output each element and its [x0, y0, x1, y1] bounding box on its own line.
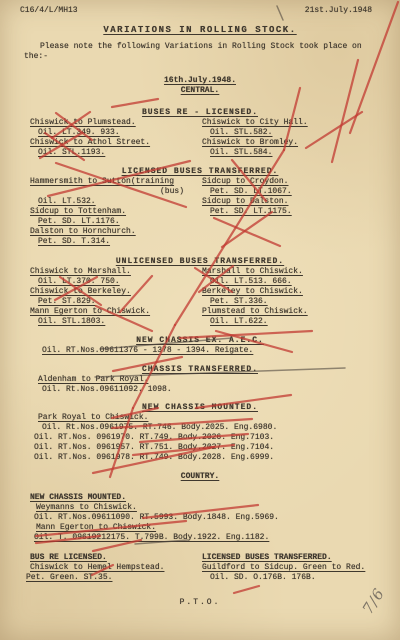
fleet-entry: Pet. ST.829.	[30, 297, 202, 307]
document-page: C16/4/L/MH13 21st.July.1948 VARIATIONS I…	[0, 0, 400, 640]
chassis-detail-line: Oil. RT.Nos. 0961970. RT.749. Body.2026.…	[0, 433, 400, 443]
route-entry: Weymanns to Chiswick.	[30, 503, 400, 513]
bottom-columns: BUS RE LICENSED. Chiswick to Hemel Hemps…	[0, 553, 400, 583]
route-entry: Sidcup to Croydon.	[202, 177, 400, 187]
chassis-detail-line: Oil. RT.Nos.09611090. RT.5993. Body.1848…	[30, 513, 400, 523]
country-new-chassis-mounted: NEW CHASSIS MOUNTED. Weymanns to Chiswic…	[0, 493, 400, 543]
route-entry: Berkeley to Chiswick.	[202, 287, 400, 297]
chassis-detail-line: Oil. RT.Nos. 0961957. RT.751. Body.2027.…	[0, 443, 400, 453]
document-header: C16/4/L/MH13 21st.July.1948	[0, 0, 400, 16]
chassis-detail-line: Oil. T. 09619212175. T.799B. Body.1922. …	[30, 533, 400, 543]
route-entry: Chiswick to Berkeley.	[30, 287, 202, 297]
fleet-entry: Pet. SD. LT.1067.	[202, 187, 400, 197]
pto-footer: P.T.O.	[0, 598, 400, 608]
route-entry: Chiswick to Plumstead.	[30, 118, 202, 128]
fleet-entry: Pet. ST.336.	[202, 297, 400, 307]
fleet-entry: Oil. LT.622.	[202, 317, 400, 327]
section-heading-chassis-transferred: CHASSIS TRANSFERRED.	[0, 365, 400, 375]
section-heading-unlicensed-transferred: UNLICENSED BUSES TRANSFERRED.	[0, 257, 400, 267]
route-entry: Plumstead to Chiswick.	[202, 307, 400, 317]
fleet-entry: Oil. STL.582.	[202, 128, 400, 138]
fleet-entry: Oil. LT.370. 750.	[30, 277, 202, 287]
route-entry: Guildford to Sidcup. Green to Red.	[202, 563, 400, 573]
effective-date: 16th.July.1948.	[0, 76, 400, 86]
chassis-numbers-line: Oil. Rt.Nos.09611092. 1098.	[0, 385, 400, 395]
route-entry: Chiswick to Hemel Hempstead.	[26, 563, 202, 573]
route-entry: Park Royal to Chiswick.	[0, 413, 400, 423]
page-title: VARIATIONS IN ROLLING STOCK.	[0, 24, 400, 36]
route-entry-continuation: (bus)	[30, 187, 202, 197]
buses-relicensed-row: Chiswick to Plumstead. Oil. LT.349. 933.…	[0, 118, 400, 158]
route-entry: Marshall to Chiswick.	[202, 267, 400, 277]
fleet-entry: Oil. LT.349. 933.	[30, 128, 202, 138]
chassis-numbers-line: Oil. RT.Nos.09611376 - 1378 - 1394. Reig…	[0, 346, 400, 356]
route-entry: Sidcup to Dalston.	[202, 197, 400, 207]
section-heading-bus-relicensed: BUS RE LICENSED.	[26, 553, 202, 563]
document-date: 21st.July.1948	[305, 6, 372, 16]
route-entry: Chiswick to City Hall.	[202, 118, 400, 128]
fleet-entry: Pet. Green. ST.35.	[26, 573, 202, 583]
fleet-entry: Oil. STL.1803.	[30, 317, 202, 327]
section-heading-new-chassis-ex: NEW CHASSIS EX. A.E.C.	[0, 336, 400, 346]
route-entry: Hammersmith to Sutton(training	[30, 177, 202, 187]
handwritten-pencil-note: 7/6	[362, 587, 385, 615]
route-entry: Sidcup to Tottenham.	[30, 207, 202, 217]
unlicensed-transferred-row: Chiswick to Marshall. Oil. LT.370. 750. …	[0, 267, 400, 327]
route-entry: Mann Egerton to Chiswick.	[30, 523, 400, 533]
section-heading-new-chassis-mounted: NEW CHASSIS MOUNTED.	[0, 403, 400, 413]
section-heading-buses-relicensed: BUSES RE - LICENSED.	[0, 108, 400, 118]
region-heading-country: COUNTRY.	[0, 472, 400, 482]
route-entry: Chiswick to Bromley.	[202, 138, 400, 148]
route-entry: Chiswick to Athol Street.	[30, 138, 202, 148]
section-heading-new-chassis-mounted-country: NEW CHASSIS MOUNTED.	[30, 493, 400, 503]
fleet-entry: Oil. SD. O.176B. 176B.	[202, 573, 400, 583]
fleet-entry: Oil. LT.513. 666.	[202, 277, 400, 287]
fleet-entry: Oil. STL.1193.	[30, 148, 202, 158]
fleet-entry: Pet. SD. T.314.	[30, 237, 202, 247]
fleet-entry: Pet. SD. LT.1175.	[202, 207, 400, 217]
fleet-entry: Pet. SD. LT.1176.	[30, 217, 202, 227]
chassis-detail-line: Oil. Rt.Nos.0961975. RT.746. Body.2025. …	[0, 423, 400, 433]
chassis-detail-line: Oil. RT.Nos. 0961978. RT.749. Body.2028.…	[0, 453, 400, 463]
route-entry: Aldenham to Park Royal.	[0, 375, 400, 385]
route-entry: Mann Egerton to Chiswick.	[30, 307, 202, 317]
section-heading-licensed-transferred: LICENSED BUSES TRANSFERRED.	[0, 167, 400, 177]
section-heading-licensed-transferred-country: LICENSED BUSES TRANSFERRED.	[202, 553, 400, 563]
licensed-transferred-row: Hammersmith to Sutton(training (bus) Oil…	[0, 177, 400, 247]
route-entry: Dalston to Hornchurch.	[30, 227, 202, 237]
reference-number: C16/4/L/MH13	[20, 6, 78, 16]
region-heading-central: CENTRAL.	[0, 86, 400, 96]
fleet-entry: Oil. STL.584.	[202, 148, 400, 158]
intro-paragraph: Please note the following Variations in …	[0, 42, 400, 62]
fleet-entry: Oil. LT.532.	[30, 197, 202, 207]
route-entry: Chiswick to Marshall.	[30, 267, 202, 277]
